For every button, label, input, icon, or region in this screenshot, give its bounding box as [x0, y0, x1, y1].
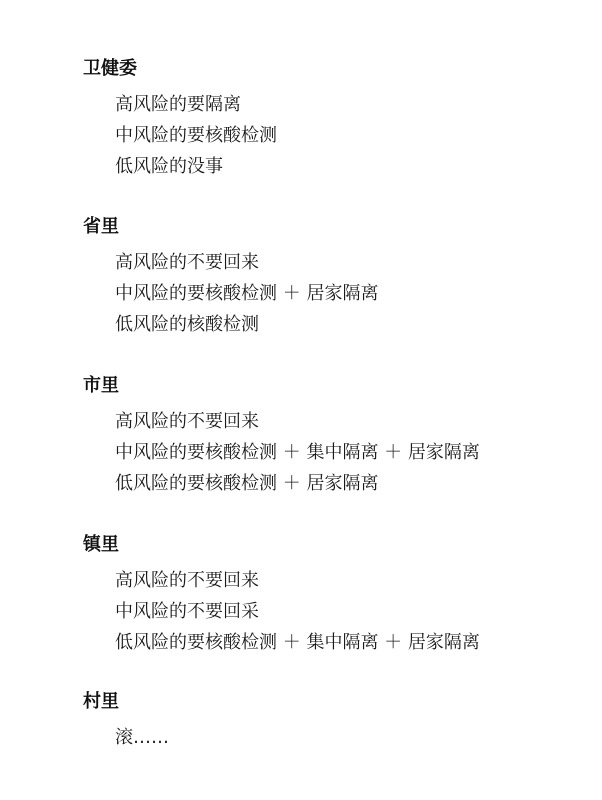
- policy-item: 高风险的不要回来: [115, 406, 480, 437]
- policy-item: 中风险的要核酸检测 ＋ 集中隔离 ＋ 居家隔离: [115, 437, 480, 468]
- policy-item: 滚……: [115, 722, 169, 753]
- policy-list: 高风险的不要回来 中风险的要核酸检测 ＋ 居家隔离 低风险的核酸检测: [115, 247, 378, 340]
- policy-item: 低风险的核酸检测: [115, 309, 378, 340]
- section-town: 镇里 高风险的不要回来 中风险的不要回采 低风险的要核酸检测 ＋ 集中隔离 ＋ …: [83, 533, 480, 658]
- policy-item: 低风险的要核酸检测 ＋ 集中隔离 ＋ 居家隔离: [115, 627, 480, 658]
- section-province: 省里 高风险的不要回来 中风险的要核酸检测 ＋ 居家隔离 低风险的核酸检测: [83, 215, 378, 340]
- section-heading: 省里: [83, 215, 378, 239]
- policy-item: 高风险的不要回来: [115, 565, 480, 596]
- policy-item: 高风险的不要回来: [115, 247, 378, 278]
- policy-item: 中风险的不要回采: [115, 596, 480, 627]
- policy-item: 中风险的要核酸检测: [115, 120, 277, 151]
- policy-item: 高风险的要隔离: [115, 89, 277, 120]
- policy-list: 高风险的不要回来 中风险的要核酸检测 ＋ 集中隔离 ＋ 居家隔离 低风险的要核酸…: [115, 406, 480, 499]
- policy-item: 低风险的没事: [115, 151, 277, 182]
- section-heading: 镇里: [83, 533, 480, 557]
- section-health-commission: 卫健委 高风险的要隔离 中风险的要核酸检测 低风险的没事: [83, 57, 277, 182]
- policy-list: 高风险的要隔离 中风险的要核酸检测 低风险的没事: [115, 89, 277, 182]
- section-village: 村里 滚……: [83, 690, 169, 753]
- section-city: 市里 高风险的不要回来 中风险的要核酸检测 ＋ 集中隔离 ＋ 居家隔离 低风险的…: [83, 374, 480, 499]
- policy-item: 低风险的要核酸检测 ＋ 居家隔离: [115, 468, 480, 499]
- policy-list: 高风险的不要回来 中风险的不要回采 低风险的要核酸检测 ＋ 集中隔离 ＋ 居家隔…: [115, 565, 480, 658]
- policy-list: 滚……: [115, 722, 169, 753]
- section-heading: 市里: [83, 374, 480, 398]
- section-heading: 卫健委: [83, 57, 277, 81]
- section-heading: 村里: [83, 690, 169, 714]
- policy-item: 中风险的要核酸检测 ＋ 居家隔离: [115, 278, 378, 309]
